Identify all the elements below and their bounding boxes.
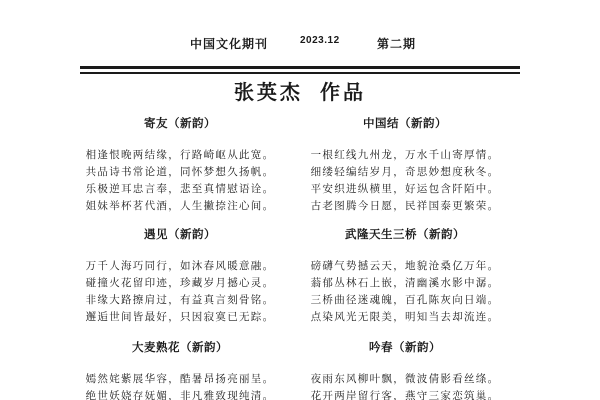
issue-number: 第二期 (377, 35, 416, 52)
poem-line: 姐妹举杯茗代酒，人生撇捺注心间。 (65, 198, 295, 215)
poem-line: 古老图腾今日愿，民祥国泰更繁荣。 (290, 198, 520, 215)
poem-title: 寄友（新韵） (65, 117, 295, 132)
issue-date: 2023.12 (300, 35, 340, 46)
poem-line: 碰撞火花留印迹，珍藏岁月撼心灵。 (65, 275, 295, 292)
poem-line: 万千人海巧同行，如沐春风暖意融。 (65, 258, 295, 275)
poem-title: 大麦熟花（新韵） (65, 341, 295, 356)
poem-line: 三桥曲径迷魂魄，百孔陈灰向日端。 (290, 292, 520, 309)
poem-line: 平安织进纵横里，好运包含阡陌中。 (290, 181, 520, 198)
poem-line: 相逢恨晚两结缘，行路崎岖从此宽。 (65, 147, 295, 164)
poem-line: 一根红线九州龙，万水千山寄厚情。 (290, 147, 520, 164)
poem-yinchun: 吟春（新韵） 夜雨东风柳叶飘，微波倩影看丝绦。 花开两岸留行客，燕守三家恋筑巢。 (290, 341, 520, 400)
poem-title: 吟春（新韵） (290, 341, 520, 356)
poem-title: 遇见（新韵） (65, 228, 295, 243)
poem-line: 花开两岸留行客，燕守三家恋筑巢。 (290, 388, 520, 400)
poem-line: 蓊郁丛林石上嵌，清幽溪水影中潺。 (290, 275, 520, 292)
journal-title: 中国文化期刊 (190, 35, 268, 52)
poem-line: 细缕轻编结岁月，奇思妙想度秋冬。 (290, 164, 520, 181)
poem-line: 绝世妖娆存妩媚，非凡雅致现纯清。 (65, 388, 295, 400)
poem-title: 武隆天生三桥（新韵） (290, 228, 520, 243)
poem-line: 非缘大路擦肩过，有益真言刻骨铭。 (65, 292, 295, 309)
author-works-title: 张英杰 作品 (0, 76, 600, 105)
poem-zhongguojie: 中国结（新韵） 一根红线九州龙，万水千山寄厚情。 细缕轻编结岁月，奇思妙想度秋冬… (290, 117, 520, 215)
poem-jiyou: 寄友（新韵） 相逢恨晚两结缘，行路崎岖从此宽。 共品诗书常论道，同怀梦想久扬帆。… (65, 117, 295, 215)
poem-yujian: 遇见（新韵） 万千人海巧同行，如沐春风暖意融。 碰撞火花留印迹，珍藏岁月撼心灵。… (65, 228, 295, 326)
poem-line: 夜雨东风柳叶飘，微波倩影看丝绦。 (290, 371, 520, 388)
poem-line: 邂逅世间皆最好，只因寂寞已无踪。 (65, 309, 295, 326)
poem-damaishuhua: 大麦熟花（新韵） 嫣然姹紫展华容，酷暑昂扬亮丽呈。 绝世妖娆存妩媚，非凡雅致现纯… (65, 341, 295, 400)
journal-page: 中国文化期刊 2023.12 第二期 张英杰 作品 寄友（新韵） 相逢恨晚两结缘… (0, 0, 600, 400)
poem-line: 乐极逆耳忠言奉，悲至真情慰语诠。 (65, 181, 295, 198)
poem-line: 磅礴气势撼云天，地貌沧桑亿万年。 (290, 258, 520, 275)
poem-title: 中国结（新韵） (290, 117, 520, 132)
double-rule-divider (80, 66, 520, 74)
poem-wulong-tiansheng-sanqiao: 武隆天生三桥（新韵） 磅礴气势撼云天，地貌沧桑亿万年。 蓊郁丛林石上嵌，清幽溪水… (290, 228, 520, 326)
poem-line: 嫣然姹紫展华容，酷暑昂扬亮丽呈。 (65, 371, 295, 388)
poem-line: 共品诗书常论道，同怀梦想久扬帆。 (65, 164, 295, 181)
poem-line: 点染风光无限美，明知当去却流连。 (290, 309, 520, 326)
